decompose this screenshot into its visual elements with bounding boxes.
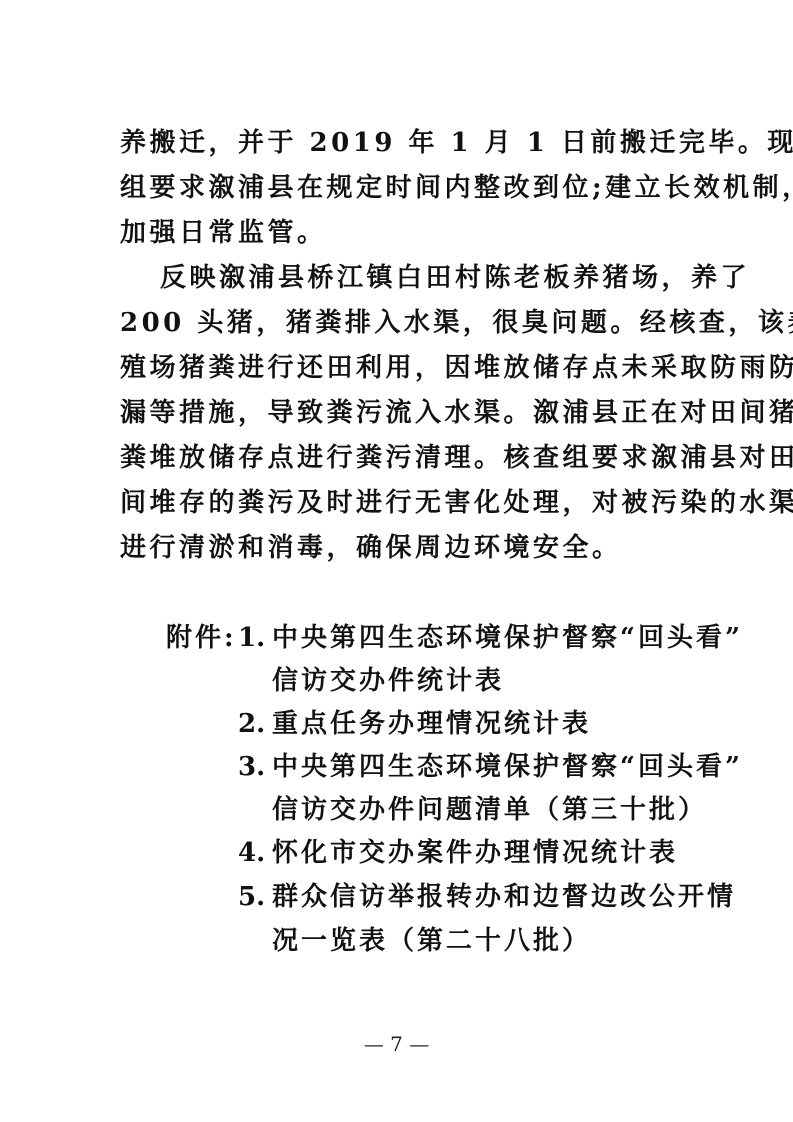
attachment-title: 中央第四生态环境保护督察“回头看” — [272, 752, 743, 782]
attachment-title: 群众信访举报转办和边督边改公开情 — [272, 882, 736, 912]
text-line: 间堆存的粪污及时进行无害化处理，对被污染的水渠 — [120, 488, 676, 518]
attachment-number: 5. — [238, 882, 265, 912]
attachment-title: 怀化市交办案件办理情况统计表 — [272, 838, 678, 868]
text-line: 200 头猪，猪粪排入水渠，很臭问题。经核查，该养 — [120, 308, 676, 338]
text-line: 组要求溆浦县在规定时间内整改到位;建立长效机制， — [120, 173, 676, 203]
attachment-title: 信访交办件统计表 — [272, 666, 504, 696]
text-line: 进行清淤和消毒，确保周边环境安全。 — [120, 533, 676, 563]
text-line: 殖场猪粪进行还田利用，因堆放储存点未采取防雨防 — [120, 353, 676, 383]
document-page: 养搬迁，并于 2019 年 1 月 1 日前搬迁完毕。现核查 组要求溆浦县在规定… — [0, 0, 793, 1122]
attachment-number: 4. — [238, 838, 265, 868]
attachment-title: 中央第四生态环境保护督察“回头看” — [272, 623, 743, 653]
attachment-title: 重点任务办理情况统计表 — [272, 709, 591, 739]
attachment-number: 1. — [238, 623, 265, 653]
page-number: — 7 — — [0, 1032, 793, 1056]
text-line: 养搬迁，并于 2019 年 1 月 1 日前搬迁完毕。现核查 — [120, 128, 676, 158]
attachment-title: 况一览表（第二十八批） — [272, 926, 591, 956]
text-line: 粪堆放储存点进行粪污清理。核查组要求溆浦县对田 — [120, 443, 676, 473]
text-line: 反映溆浦县桥江镇白田村陈老板养猪场，养了 — [160, 263, 716, 293]
attachment-number: 3. — [238, 752, 265, 782]
text-line: 漏等措施，导致粪污流入水渠。溆浦县正在对田间猪 — [120, 398, 676, 428]
attachment-title: 信访交办件问题清单（第三十批） — [272, 795, 707, 825]
attachment-number: 2. — [238, 709, 265, 739]
text-line: 加强日常监管。 — [120, 218, 676, 248]
attachments-label: 附件: — [166, 623, 237, 653]
